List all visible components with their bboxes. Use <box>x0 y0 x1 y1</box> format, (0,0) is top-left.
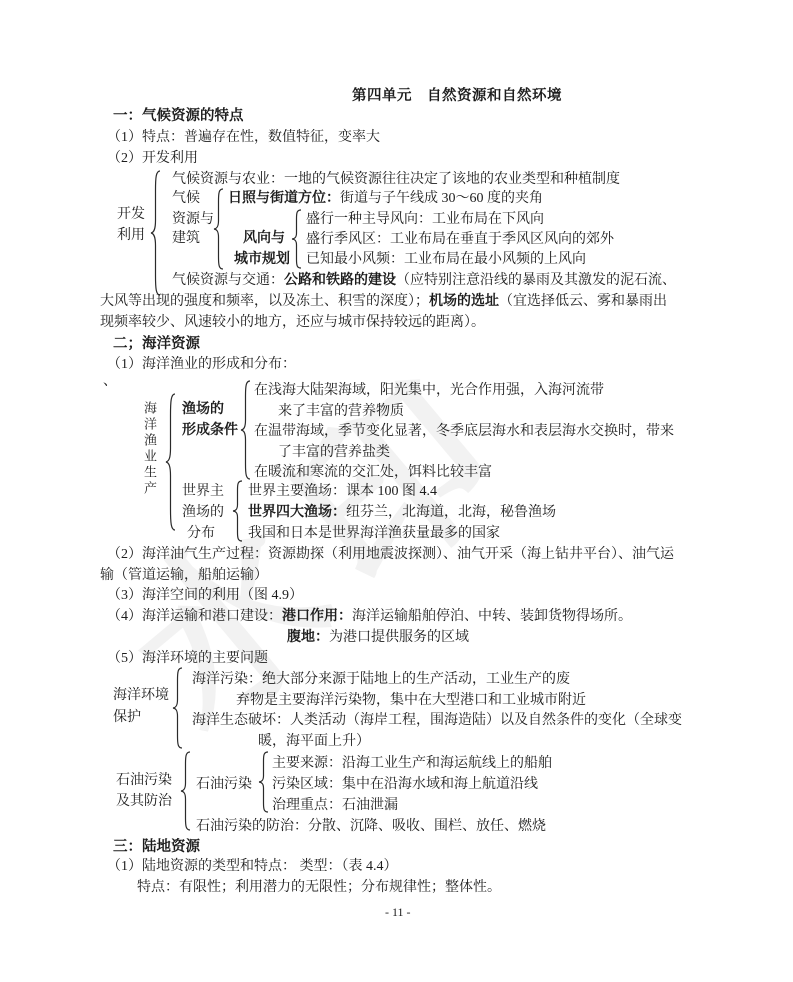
four-fisheries-term: 世界四大渔场： <box>248 505 346 520</box>
oil-area-line: 污染区域：集中在沿海水域和海上航道沿线 <box>272 777 538 793</box>
section2-item2-line1: （2）海洋油气生产过程：资源勘探（利用地震波探测）、油气开采（海上钻井平台）、油… <box>107 547 674 563</box>
section2-item4: （4）海洋运输和港口建设：港口作用：海洋运输船舶停泊、中转、装卸货物得场所。 <box>107 609 632 625</box>
brace <box>165 393 176 531</box>
page-title: 第四单元 自然资源和自然环境 <box>352 88 562 105</box>
brace <box>232 480 243 542</box>
section1-item2: （2）开发利用 <box>107 151 198 167</box>
condition2-line1: 在温带海域，季节变化显著，冬季底层海水和表层海水交换时，带来 <box>254 424 674 440</box>
building-label-line3: 建筑 <box>172 231 200 247</box>
brace <box>150 170 161 296</box>
port-function-term: 港口作用： <box>282 609 352 624</box>
distribution-label-line3: 分布 <box>187 526 215 542</box>
section3-item1: （1）陆地资源的类型和特点： 类型：（表 4.4） <box>107 859 398 875</box>
brace <box>240 380 251 480</box>
section3-item2: 特点：有限性；利用潜力的无限性；分布规律性；整体性。 <box>137 880 501 896</box>
distribution-label-line2: 渔场的 <box>182 505 224 521</box>
climate-traffic-cont1: 大风等出现的强度和频率，以及冻土、积雪的深度）；机场的选址（宜选择低云、雾和暴雨… <box>100 294 667 310</box>
condition2-line2: 了丰富的营养盐类 <box>278 445 390 461</box>
section2-item1: （1）海洋渔业的形成和分布： <box>107 357 296 373</box>
four-fisheries-list: 纽芬兰，北海道，北海，秘鲁渔场 <box>346 505 556 520</box>
marine-pollution-line2: 弃物是主要海洋污染物，集中在大型港口和工业城市附近 <box>236 693 586 709</box>
section2-item5: （5）海洋环境的主要问题 <box>107 651 268 667</box>
brace <box>172 667 183 749</box>
brace <box>213 188 224 270</box>
major-fisheries-line: 世界主要渔场：课本 100 图 4.4 <box>248 484 437 500</box>
eco-damage-line1: 海洋生态破坏：人类活动（海岸工程，围海造陆）以及自然条件的变化（全球变 <box>192 713 682 729</box>
section2-item2-line2: 输（管道运输，船舶运输） <box>100 568 268 584</box>
marine-pollution-line1: 海洋污染：绝大部分来源于陆地上的生产活动，工业生产的废 <box>192 672 570 688</box>
climate-traffic-cont2: 现频率较少、风速较小的地方，还应与城市保持较远的距离）。 <box>100 315 485 331</box>
four-fisheries-line: 世界四大渔场：纽芬兰，北海道，北海，秘鲁渔场 <box>248 505 556 521</box>
top-catch-countries-line: 我国和日本是世界海洋渔获量最多的国家 <box>248 526 500 542</box>
section1-item1: （1）特点：普遍存在性，数值特征，变率大 <box>107 130 380 146</box>
section3-heading: 三：陆地资源 <box>113 839 200 856</box>
oil-prevention-line: 石油污染的防治：分散、沉降、吸收、围栏、放任、燃烧 <box>196 819 546 835</box>
tree-root-label-line2: 利用 <box>117 228 145 244</box>
section2-item4-prefix: （4）海洋运输和港口建设： <box>107 609 282 624</box>
fishing-conditions-label-line2: 形成条件 <box>182 423 238 439</box>
wind-case2-line: 盛行季风区：工业布局在垂直于季风区风向的郊外 <box>306 232 614 248</box>
env-protect-label-line2: 保护 <box>113 710 141 726</box>
oil-focus-line: 治理重点：石油泄漏 <box>272 798 398 814</box>
fishery-root-label: 海洋渔业生产 <box>143 401 156 497</box>
eco-damage-line2: 暖，海平面上升） <box>258 734 370 750</box>
climate-traffic-note: （应特别注意沿线的暴雨及其激发的泥石流、 <box>396 273 676 288</box>
sunshine-street-line: 日照与街道方位：街道与子午线成 30～60 度的夹角 <box>228 191 543 207</box>
building-label-line2: 资源与 <box>172 212 214 228</box>
stray-mark: 、 <box>103 374 117 390</box>
building-label-line1: 气候 <box>172 191 200 207</box>
climate-agriculture-line: 气候资源与农业：一地的气候资源往往决定了该地的农业类型和种植制度 <box>172 172 620 188</box>
section2-item3: （3）海洋空间的利用（图 4.9） <box>107 588 303 604</box>
hinterland-line: 腹地：为港口提供服务的区域 <box>287 630 469 646</box>
page-number: - 11 - <box>385 905 411 920</box>
section2-heading: 二；海洋资源 <box>113 336 200 353</box>
env-protect-label-line1: 海洋环境 <box>113 688 169 704</box>
condition1-line1: 在浅海大陆架海域，阳光集中，光合作用强，入海河流带 <box>254 383 604 399</box>
brace <box>258 751 269 813</box>
condition3-line: 在暖流和寒流的交汇处，饵料比较丰富 <box>254 465 492 481</box>
document-page: 水印 第四单元 自然资源和自然环境 一：气候资源的特点 （1）特点：普遍存在性，… <box>0 0 793 982</box>
wind-planning-label-line1: 风向与 <box>243 231 285 247</box>
oil-source-line: 主要来源：沿海工业生产和海运航线上的船舶 <box>272 756 552 772</box>
road-rail-term: 公路和铁路的建设 <box>284 273 396 288</box>
brace <box>291 209 302 269</box>
port-function-text: 海洋运输船舶停泊、中转、装卸货物得场所。 <box>352 609 632 624</box>
wind-case1-line: 盛行一种主导风向：工业布局在下风向 <box>306 212 544 228</box>
section1-heading: 一：气候资源的特点 <box>113 108 244 125</box>
hinterland-term: 腹地： <box>287 630 329 645</box>
oil-control-label-line1: 石油污染 <box>116 773 172 789</box>
fishing-conditions-label-line1: 渔场的 <box>182 402 224 418</box>
sunshine-street-term: 日照与街道方位： <box>228 191 340 206</box>
climate-traffic-cont1-pre: 大风等出现的强度和频率，以及冻土、积雪的深度）； <box>100 294 429 309</box>
tree-root-label-line1: 开发 <box>117 207 145 223</box>
oil-control-label-line2: 及其防治 <box>116 794 172 810</box>
distribution-label-line1: 世界主 <box>182 484 224 500</box>
climate-traffic-line: 气候资源与交通：公路和铁路的建设（应特别注意沿线的暴雨及其激发的泥石流、 <box>172 273 676 289</box>
airport-siting-term: 机场的选址 <box>429 294 499 309</box>
hinterland-text: 为港口提供服务的区域 <box>329 630 469 645</box>
sunshine-street-text: 街道与子午线成 30～60 度的夹角 <box>340 191 543 206</box>
oil-pollution-label: 石油污染 <box>196 777 252 793</box>
condition1-line2: 来了丰富的营养物质 <box>278 404 404 420</box>
climate-traffic-prefix: 气候资源与交通： <box>172 273 284 288</box>
wind-case3-line: 已知最小风频：工业布局在最小风频的上风向 <box>306 252 586 268</box>
brace <box>180 751 191 831</box>
climate-traffic-cont1-rest: （宜选择低云、雾和暴雨出 <box>499 294 667 309</box>
wind-planning-label-line2: 城市规划 <box>234 252 290 268</box>
